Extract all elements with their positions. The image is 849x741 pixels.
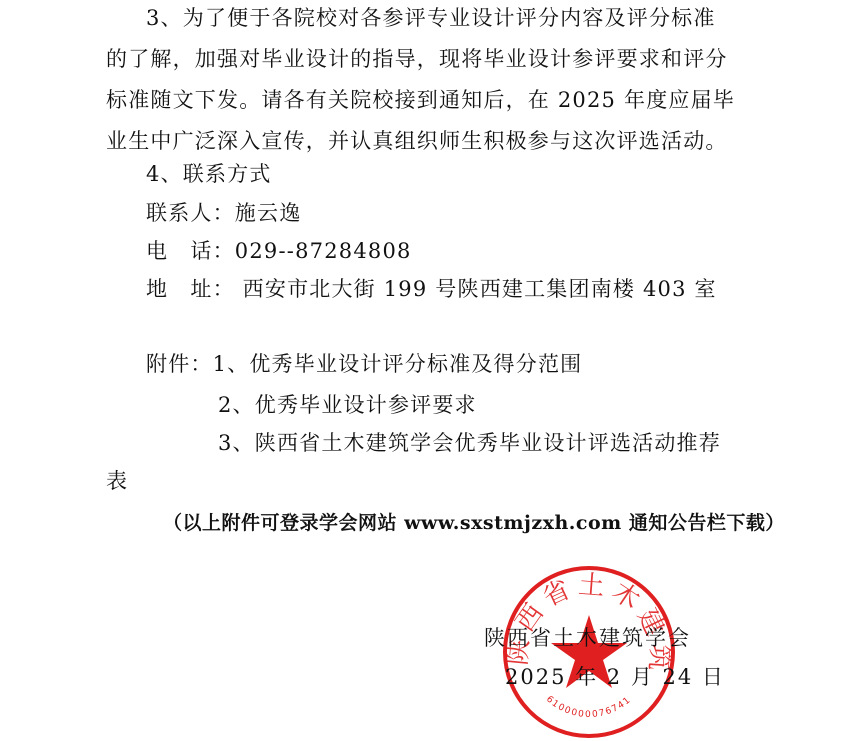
- signature-org: 陕西省土木建筑学会: [484, 624, 691, 652]
- attachment-item-2: 2、优秀毕业设计参评要求: [218, 391, 477, 419]
- attachment-item-3-cont: 表: [106, 467, 128, 495]
- attachment-item-3: 3、陕西省土木建筑学会优秀毕业设计评选活动推荐: [218, 429, 721, 457]
- paragraph-line: 标准随文下发。请各有关院校接到通知后，在 2025 年度应届毕: [106, 86, 735, 114]
- contact-address: 地 址： 西安市北大街 199 号陕西建工集团南楼 403 室: [146, 275, 717, 303]
- paragraph-line: 3、为了便于各院校对各参评专业设计评分内容及评分标准: [146, 4, 716, 32]
- official-seal-icon: 陕西省土木建筑学会 6100000076741: [500, 563, 678, 741]
- contact-person: 联系人：施云逸: [146, 199, 301, 227]
- contact-heading: 4、联系方式: [146, 160, 272, 188]
- signature-date: 2025 年 2 月 24 日: [505, 663, 725, 691]
- paragraph-line: 的了解，加强对毕业设计的指导，现将毕业设计参评要求和评分: [106, 45, 728, 73]
- svg-text:6100000076741: 6100000076741: [544, 694, 633, 720]
- attachment-item-1: 附件：1、优秀毕业设计评分标准及得分范围: [146, 350, 582, 378]
- contact-phone: 电 话：029--87284808: [146, 237, 412, 265]
- attachment-download-note: （以上附件可登录学会网站 www.sxstmjzxh.com 通知公告栏下载）: [163, 509, 785, 537]
- paragraph-line: 业生中广泛深入宣传，并认真组织师生积极参与这次评选活动。: [106, 127, 728, 155]
